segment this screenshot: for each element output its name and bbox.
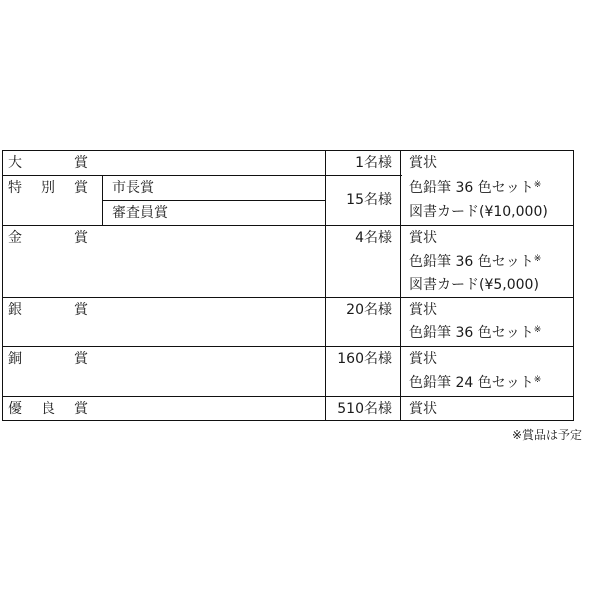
award-merit: 優良賞 [8,397,88,421]
prize-bronze-1: 賞状 [409,347,437,371]
award-mayor: 市長賞 [112,176,154,200]
count-grand: 1名様 [326,151,392,175]
prize-silver-2: 色鉛筆 36 色セット※ [409,321,541,345]
award-silver: 銀賞 [8,298,88,322]
award-gold: 金賞 [8,226,88,250]
prize-merit-1: 賞状 [409,397,437,421]
count-gold: 4名様 [326,226,392,250]
col-divider [102,175,103,225]
col-divider [400,150,401,421]
count-bronze: 160名様 [326,347,392,371]
prize-special-2: 色鉛筆 36 色セット※ [409,176,541,200]
count-silver: 20名様 [326,298,392,322]
award-special: 特別賞 [8,176,88,200]
prize-gold-2: 色鉛筆 36 色セット※ [409,250,541,274]
footnote: ※賞品は予定 [512,426,582,443]
prize-bronze-2: 色鉛筆 24 色セット※ [409,371,541,395]
prize-gold-1: 賞状 [409,226,437,250]
count-merit: 510名様 [326,397,392,421]
prize-silver-1: 賞状 [409,298,437,322]
prize-grand-1: 賞状 [409,151,437,175]
award-bronze: 銅賞 [8,347,88,371]
award-jury: 審査員賞 [112,201,168,225]
prize-special-3: 図書カード(¥10,000) [409,200,548,224]
prize-gold-3: 図書カード(¥5,000) [409,273,539,297]
count-special: 15名様 [326,188,392,212]
award-grand: 大賞 [8,151,88,175]
